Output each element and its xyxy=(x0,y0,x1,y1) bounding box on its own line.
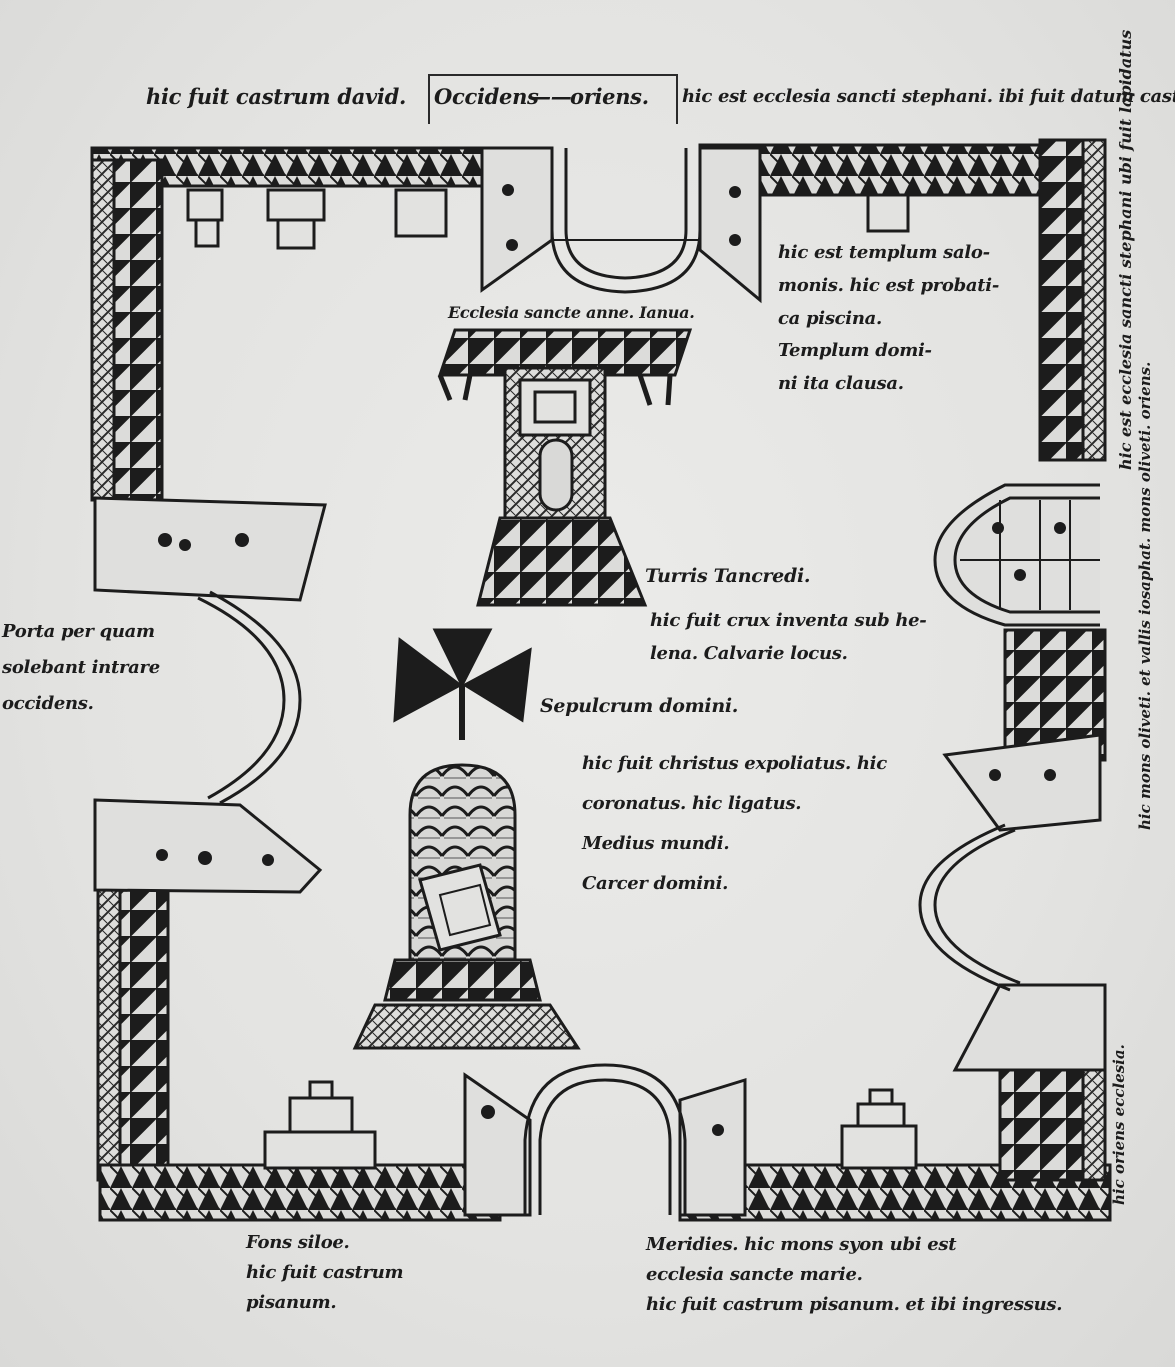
margin-east-top: hic est ecclesia sancti stephani ubi fui… xyxy=(1116,30,1135,470)
south-towers xyxy=(265,1082,916,1168)
north-gate xyxy=(482,148,760,300)
header-castrum-david: hic fuit castrum david. xyxy=(146,80,406,113)
header-occidens: Occidens xyxy=(434,80,539,113)
label-porta-west: Porta per quam solebant intrare occidens… xyxy=(2,614,160,722)
header-dash: —— xyxy=(530,80,571,113)
label-templum-domini: Templum domi- ni ita clausa. xyxy=(778,334,932,400)
margin-east-middle: hic mons oliveti. et vallis iosaphat. mo… xyxy=(1136,362,1154,830)
label-meridies: Meridies. hic mons syon ubi est ecclesia… xyxy=(646,1230,1062,1320)
east-gate-lower xyxy=(920,735,1105,1070)
label-turris: Turris Tancredi. xyxy=(645,560,810,593)
east-gate-upper xyxy=(935,485,1100,625)
label-crux-inventa: hic fuit crux inventa sub he- lena. Calv… xyxy=(650,604,926,670)
margin-east-bottom: hic oriens ecclesia. xyxy=(1110,1044,1128,1205)
label-expoliatus: hic fuit christus expoliatus. hic corona… xyxy=(582,744,887,904)
manuscript-page: hic fuit castrum david. Occidens —— orie… xyxy=(0,0,1175,1367)
jerusalem-plan-drawing xyxy=(0,0,1175,1367)
header-stephani: hic est ecclesia sancti stephani. ibi fu… xyxy=(682,80,1175,113)
label-fons-siloe: Fons siloe. hic fuit castrum pisanum. xyxy=(246,1228,403,1318)
south-gate xyxy=(465,1065,745,1215)
label-templum-salomonis: hic est templum salo- monis. hic est pro… xyxy=(778,236,999,335)
header-oriens: oriens. xyxy=(570,80,649,113)
label-sepulcrum: Sepulcrum domini. xyxy=(540,690,738,723)
label-ecclesia-anne: Ecclesia sancte anne. Ianua. xyxy=(448,296,694,329)
